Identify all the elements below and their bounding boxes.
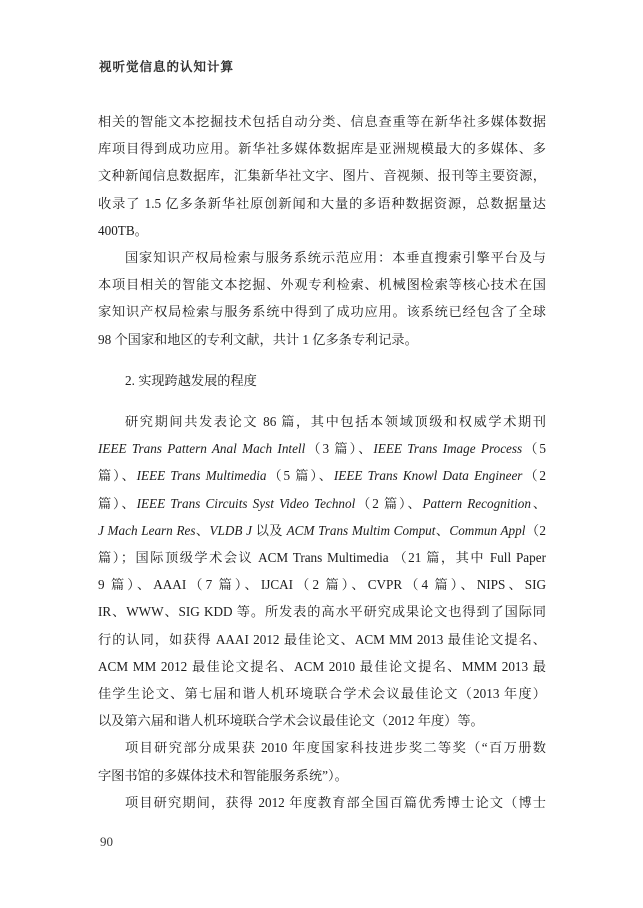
text-segment: IR、WWW、SIG KDD 等。所发表的高水平研究成果论文也得到了国际同 xyxy=(98,604,546,619)
text-line: IR、WWW、SIG KDD 等。所发表的高水平研究成果论文也得到了国际同 xyxy=(98,598,546,625)
text-segment: （3 篇）、 xyxy=(305,441,373,456)
text-segment: 、 xyxy=(531,496,546,511)
text-segment: 98 个国家和地区的专利文献，共计 1 亿多条专利记录。 xyxy=(98,332,418,347)
text-line: 佳学生论文、第七届和谐人机环境联合学术会议最佳论文（2013 年度） xyxy=(98,680,546,707)
text-line: 国家知识产权局检索与服务系统示范应用：本垂直搜索引擎平台及与 xyxy=(98,244,546,271)
text-segment: （5 篇）、 xyxy=(266,468,333,483)
text-line: 9 篇）、AAAI（7 篇）、IJCAI（2 篇）、CVPR（4 篇）、NIPS… xyxy=(98,571,546,598)
text-segment: 篇）；国际顶级学术会议 ACM Trans Multimedia （21 篇，其… xyxy=(98,550,546,565)
text-segment: 、 xyxy=(196,523,210,538)
text-line: 篇）、IEEE Trans Multimedia（5 篇）、IEEE Trans… xyxy=(98,462,546,489)
text-segment: 佳学生论文、第七届和谐人机环境联合学术会议最佳论文（2013 年度） xyxy=(98,686,546,701)
text-line: 98 个国家和地区的专利文献，共计 1 亿多条专利记录。 xyxy=(98,326,546,353)
text-segment: 篇）、 xyxy=(98,468,137,483)
text-segment: 相关的智能文本挖掘技术包括自动分类、信息查重等在新华社多媒体数据 xyxy=(98,114,546,129)
text-line: 以及第六届和谐人机环境联合学术会议最佳论文（2012 年度）等。 xyxy=(98,707,546,734)
text-segment: 本项目相关的智能文本挖掘、外观专利检索、机械图检索等核心技术在国 xyxy=(98,277,546,292)
journal-name: J Mach Learn Res xyxy=(98,523,196,538)
section-heading: 2. 实现跨越发展的程度 xyxy=(98,367,546,394)
text-line: 研究期间共发表论文 86 篇，其中包括本领域顶级和权威学术期刊 xyxy=(98,408,546,435)
text-line: 文种新闻信息数据库，汇集新华社文字、图片、音视频、报刊等主要资源， xyxy=(98,162,546,189)
text-line: 家知识产权局检索与服务系统中得到了成功应用。该系统已经包含了全球 xyxy=(98,298,546,325)
journal-name: Commun Appl xyxy=(449,523,525,538)
journal-name: Pattern Recognition xyxy=(423,496,531,511)
text-line: 相关的智能文本挖掘技术包括自动分类、信息查重等在新华社多媒体数据 xyxy=(98,108,546,135)
text-segment: 文种新闻信息数据库，汇集新华社文字、图片、音视频、报刊等主要资源， xyxy=(98,168,546,183)
text-line: 400TB。 xyxy=(98,217,546,244)
text-segment: 家知识产权局检索与服务系统中得到了成功应用。该系统已经包含了全球 xyxy=(98,304,546,319)
text-segment: 篇）、 xyxy=(98,496,137,511)
text-line: 项目研究部分成果获 2010 年度国家科技进步奖二等奖（“百万册数 xyxy=(98,734,546,761)
text-segment: 400TB。 xyxy=(98,223,148,238)
journal-name: IEEE Trans Image Process xyxy=(373,441,522,456)
journal-name: IEEE Trans Knowl Data Engineer xyxy=(334,468,523,483)
journal-name: IEEE Trans Pattern Anal Mach Intell xyxy=(98,441,305,456)
text-segment: 库项目得到成功应用。新华社多媒体数据库是亚洲规模最大的多媒体、多 xyxy=(98,141,546,156)
text-segment: 9 篇）、AAAI（7 篇）、IJCAI（2 篇）、CVPR（4 篇）、NIPS… xyxy=(98,577,546,592)
text-line: 项目研究期间，获得 2012 年度教育部全国百篇优秀博士论文（博士 xyxy=(98,789,546,816)
document-page: 视听觉信息的认知计算 相关的智能文本挖掘技术包括自动分类、信息查重等在新华社多媒… xyxy=(0,0,643,908)
text-segment: 项目研究部分成果获 2010 年度国家科技进步奖二等奖（“百万册数 xyxy=(125,740,546,755)
text-segment: （2 xyxy=(522,468,546,483)
body-text: 相关的智能文本挖掘技术包括自动分类、信息查重等在新华社多媒体数据库项目得到成功应… xyxy=(98,108,546,816)
text-segment: 研究期间共发表论文 86 篇，其中包括本领域顶级和权威学术期刊 xyxy=(125,414,546,429)
text-segment: 行的认同，如获得 AAAI 2012 最佳论文、ACM MM 2013 最佳论文… xyxy=(98,632,546,647)
text-segment: 项目研究期间，获得 2012 年度教育部全国百篇优秀博士论文（博士 xyxy=(125,795,546,810)
text-segment: 国家知识产权局检索与服务系统示范应用：本垂直搜索引擎平台及与 xyxy=(125,250,546,265)
text-segment: （5 xyxy=(522,441,546,456)
text-segment: 字图书馆的多媒体技术和智能服务系统”）。 xyxy=(98,768,348,783)
journal-name: IEEE Trans Circuits Syst Video Technol xyxy=(137,496,356,511)
text-segment: 收录了 1.5 亿多条新华社原创新闻和大量的多语种数据资源，总数据量达 xyxy=(98,196,546,211)
text-segment: （2 篇）、 xyxy=(355,496,422,511)
text-segment: 以及 xyxy=(252,523,287,538)
text-segment: 以及第六届和谐人机环境联合学术会议最佳论文（2012 年度）等。 xyxy=(98,713,484,728)
text-segment: ACM MM 2012 最佳论文提名、ACM 2010 最佳论文提名、MMM 2… xyxy=(98,659,546,674)
journal-name: VLDB J xyxy=(210,523,253,538)
text-line: 库项目得到成功应用。新华社多媒体数据库是亚洲规模最大的多媒体、多 xyxy=(98,135,546,162)
text-line: 本项目相关的智能文本挖掘、外观专利检索、机械图检索等核心技术在国 xyxy=(98,271,546,298)
running-header: 视听觉信息的认知计算 xyxy=(99,57,234,75)
text-line: IEEE Trans Pattern Anal Mach Intell（3 篇）… xyxy=(98,435,546,462)
text-segment: 2. 实现跨越发展的程度 xyxy=(125,373,257,388)
text-line: 收录了 1.5 亿多条新华社原创新闻和大量的多语种数据资源，总数据量达 xyxy=(98,190,546,217)
text-line: J Mach Learn Res、VLDB J 以及 ACM Trans Mul… xyxy=(98,517,546,544)
text-segment: （2 xyxy=(525,523,546,538)
text-line: 篇）、IEEE Trans Circuits Syst Video Techno… xyxy=(98,490,546,517)
text-line: 篇）；国际顶级学术会议 ACM Trans Multimedia （21 篇，其… xyxy=(98,544,546,571)
text-line: 行的认同，如获得 AAAI 2012 最佳论文、ACM MM 2013 最佳论文… xyxy=(98,626,546,653)
text-segment: 、 xyxy=(435,523,449,538)
journal-name: IEEE Trans Multimedia xyxy=(137,468,267,483)
text-line: 字图书馆的多媒体技术和智能服务系统”）。 xyxy=(98,762,546,789)
text-line: ACM MM 2012 最佳论文提名、ACM 2010 最佳论文提名、MMM 2… xyxy=(98,653,546,680)
journal-name: ACM Trans Multim Comput xyxy=(287,523,436,538)
page-number: 90 xyxy=(100,834,113,850)
